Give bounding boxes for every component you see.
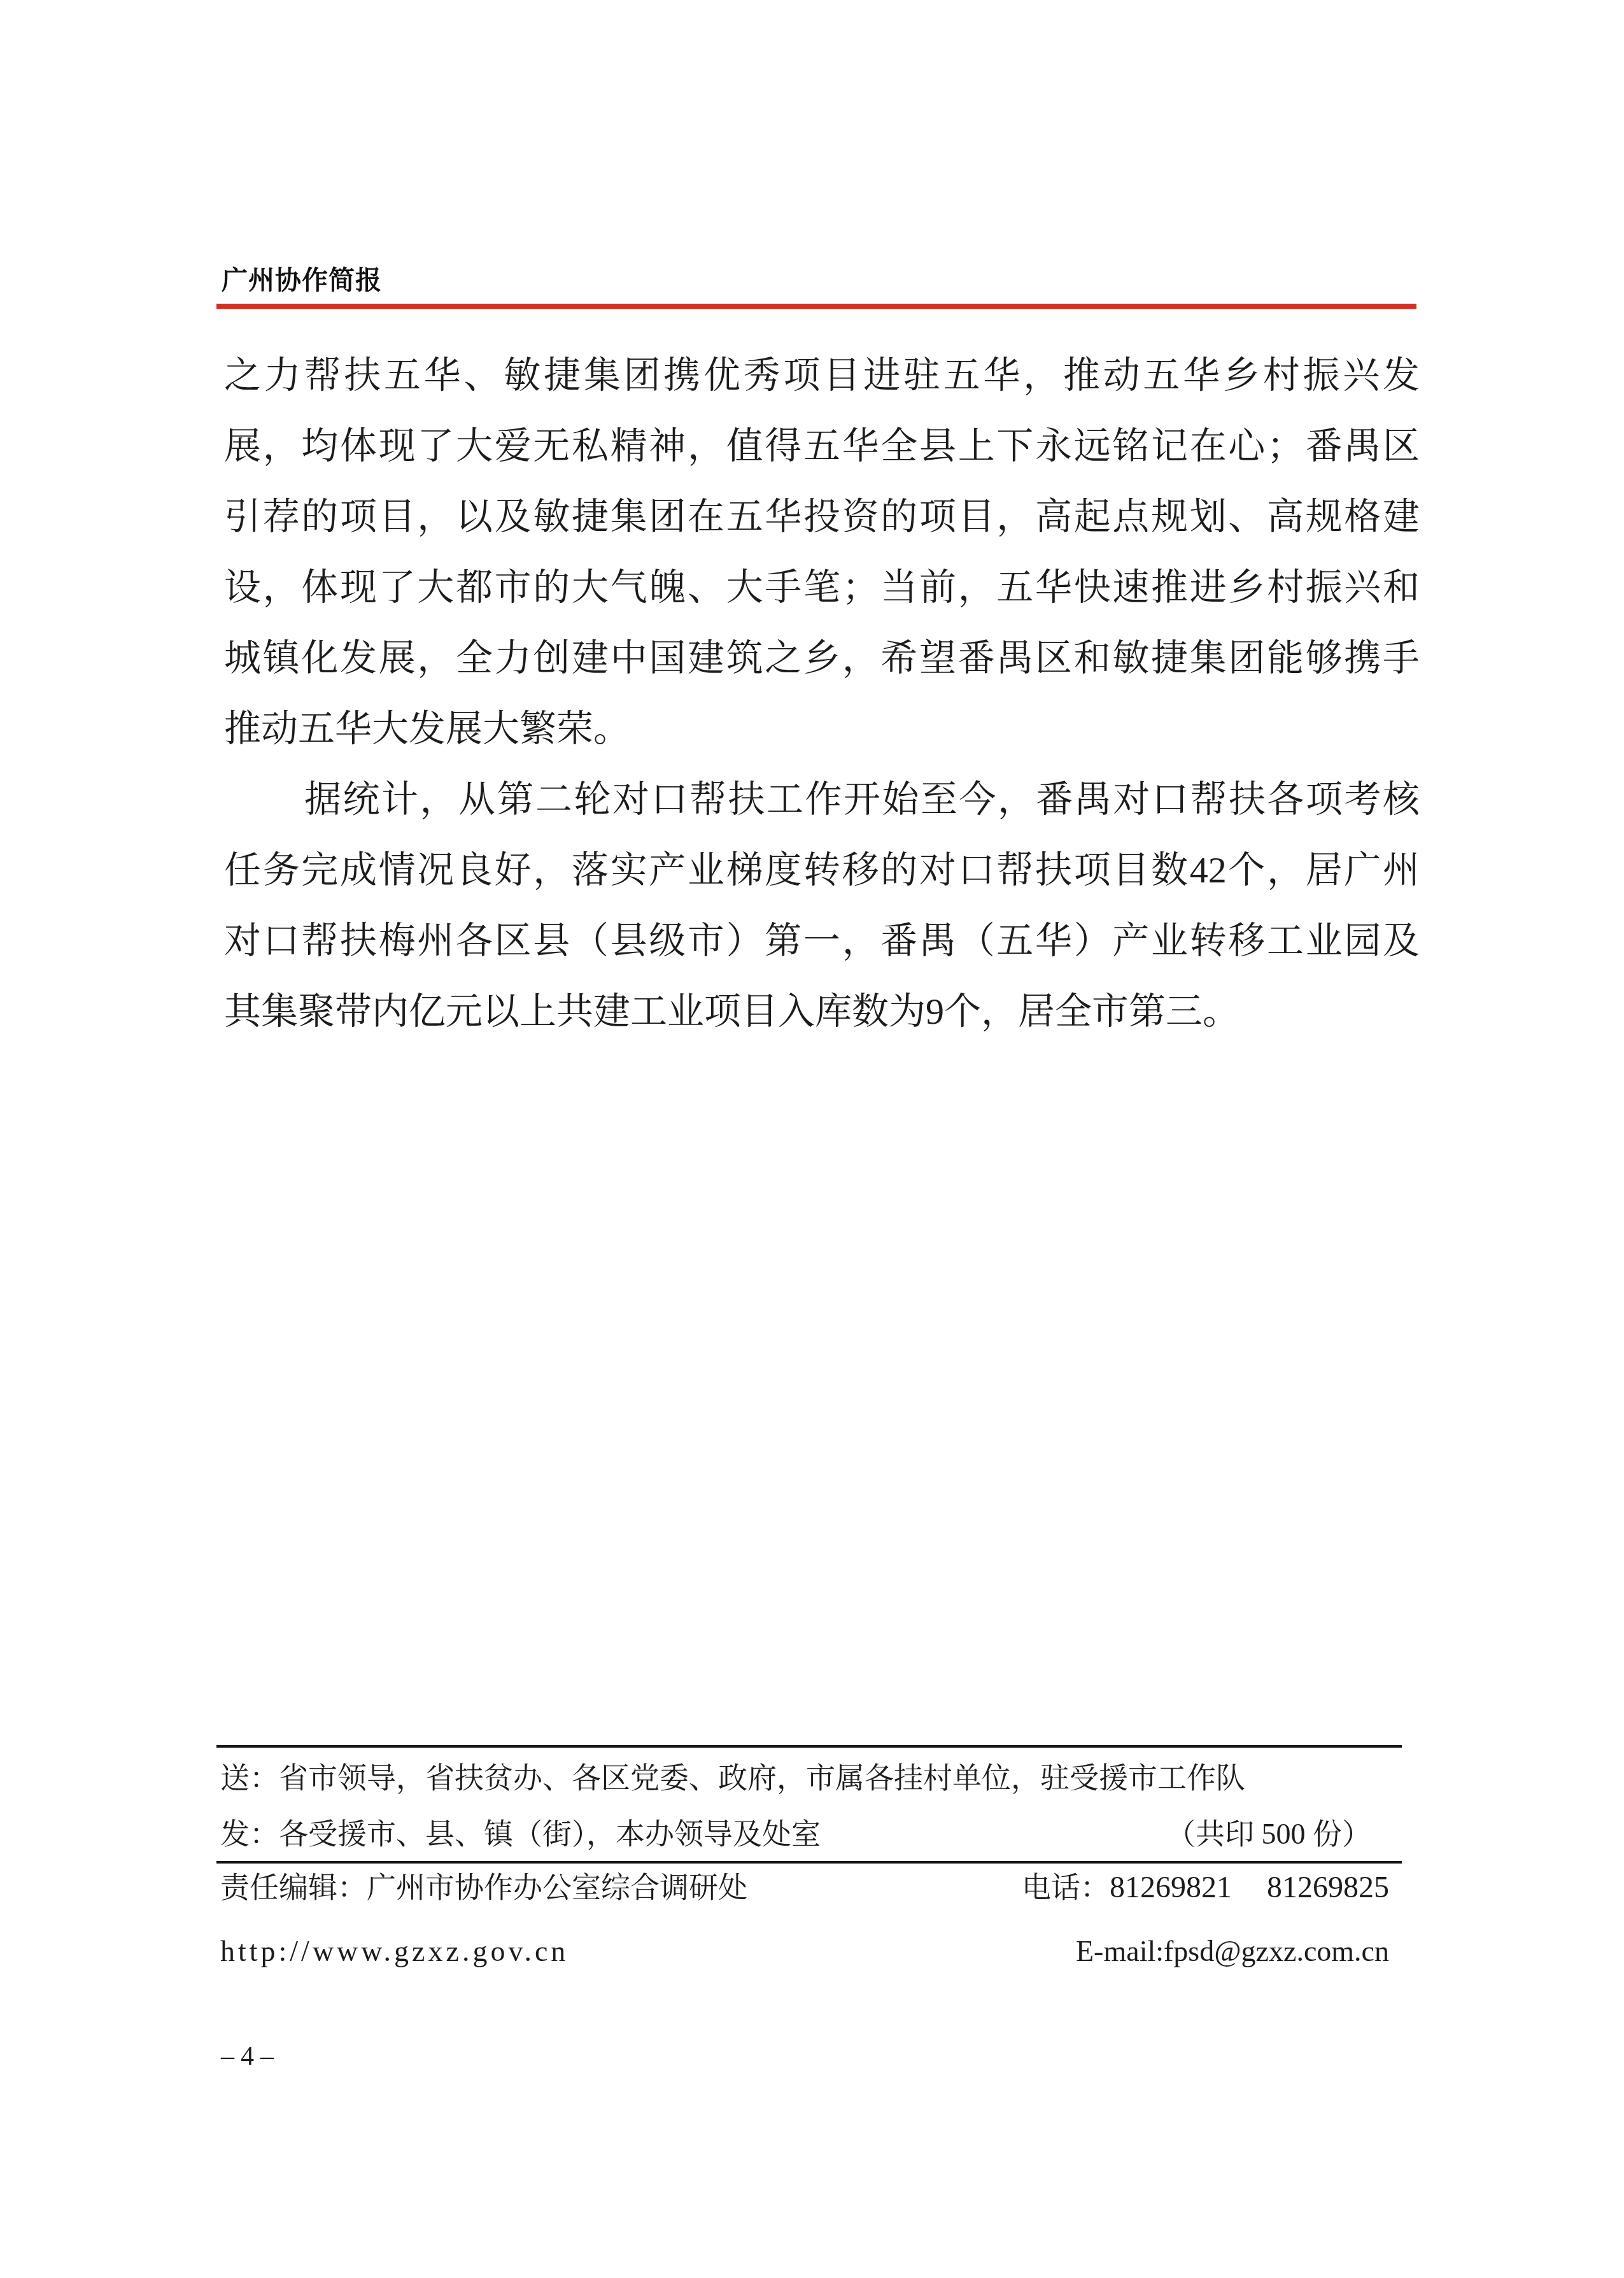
page-number: –4–	[221, 2041, 280, 2072]
email-address: E-mail:fpsd@gzxz.com.cn	[1076, 1935, 1389, 1967]
distribution-send-row: 送：省市领导，省扶贫办、各区党委、政府，市属各挂村单位，驻受援市工作队	[220, 1762, 1402, 1794]
body-line: 设，体现了大都市的大气魄、大手笔；当前，五华快速推进乡村振兴和	[224, 552, 1420, 623]
distribution-issue-row: 发：各受援市、县、镇（街），本办领导及处室 （共印 500 份）	[220, 1818, 1402, 1850]
footer-top-rule	[216, 1745, 1402, 1748]
issue-text: 各受援市、县、镇（街），本办领导及处室	[279, 1818, 821, 1850]
phone-group: 电话：8126982181269825	[1022, 1872, 1389, 1904]
phone-number-1: 81269821	[1110, 1871, 1232, 1904]
editor-line: 责任编辑：广州市协作办公室综合调研处	[220, 1872, 747, 1904]
editor-name: 广州市协作办公室综合调研处	[367, 1871, 747, 1904]
body-text: 之力帮扶五华、敏捷集团携优秀项目进驻五华，推动五华乡村振兴发展，均体现了大爱无私…	[224, 340, 1420, 1047]
send-text: 省市领导，省扶贫办、各区党委、政府，市属各挂村单位，驻受援市工作队	[279, 1762, 1245, 1794]
body-line: 展，均体现了大爱无私精神，值得五华全县上下永远铭记在心；番禺区	[224, 411, 1420, 481]
send-line: 送：省市领导，省扶贫办、各区党委、政府，市属各挂村单位，驻受援市工作队	[220, 1762, 1245, 1794]
issue-label: 发：	[220, 1818, 279, 1850]
body-line: 据统计，从第二轮对口帮扶工作开始至今，番禺对口帮扶各项考核	[224, 764, 1420, 835]
body-line: 其集聚带内亿元以上共建工业项目入库数为9个，居全市第三。	[224, 976, 1420, 1047]
web-row: http://www.gzxz.gov.cn E-mail:fpsd@gzxz.…	[220, 1935, 1402, 1967]
footer-bottom-rule	[216, 1861, 1402, 1864]
body-line: 城镇化发展，全力创建中国建筑之乡，希望番禺区和敏捷集团能够携手	[224, 623, 1420, 693]
body-line: 对口帮扶梅州各区县（县级市）第一，番禺（五华）产业转移工业园及	[224, 905, 1420, 976]
editor-row: 责任编辑：广州市协作办公室综合调研处 电话：8126982181269825	[220, 1872, 1402, 1904]
masthead-title: 广州协作简报	[222, 265, 382, 295]
body-line: 推动五华大发展大繁荣。	[224, 693, 1420, 764]
print-count: （共印 500 份）	[1166, 1818, 1371, 1850]
website-url: http://www.gzxz.gov.cn	[220, 1935, 568, 1967]
body-line: 引荐的项目，以及敏捷集团在五华投资的项目，高起点规划、高规格建	[224, 481, 1420, 552]
phone-label: 电话：	[1022, 1871, 1110, 1904]
editor-label: 责任编辑：	[220, 1871, 367, 1904]
body-line: 之力帮扶五华、敏捷集团携优秀项目进驻五华，推动五华乡村振兴发	[224, 340, 1420, 411]
phone-number-2: 81269825	[1267, 1871, 1389, 1904]
issue-line: 发：各受援市、县、镇（街），本办领导及处室	[220, 1818, 821, 1850]
send-label: 送：	[220, 1762, 279, 1794]
body-line: 任务完成情况良好，落实产业梯度转移的对口帮扶项目数42个，居广州	[224, 835, 1420, 905]
document-page: 广州协作简报 之力帮扶五华、敏捷集团携优秀项目进驻五华，推动五华乡村振兴发展，均…	[0, 0, 1624, 2278]
masthead-red-rule	[216, 304, 1416, 309]
